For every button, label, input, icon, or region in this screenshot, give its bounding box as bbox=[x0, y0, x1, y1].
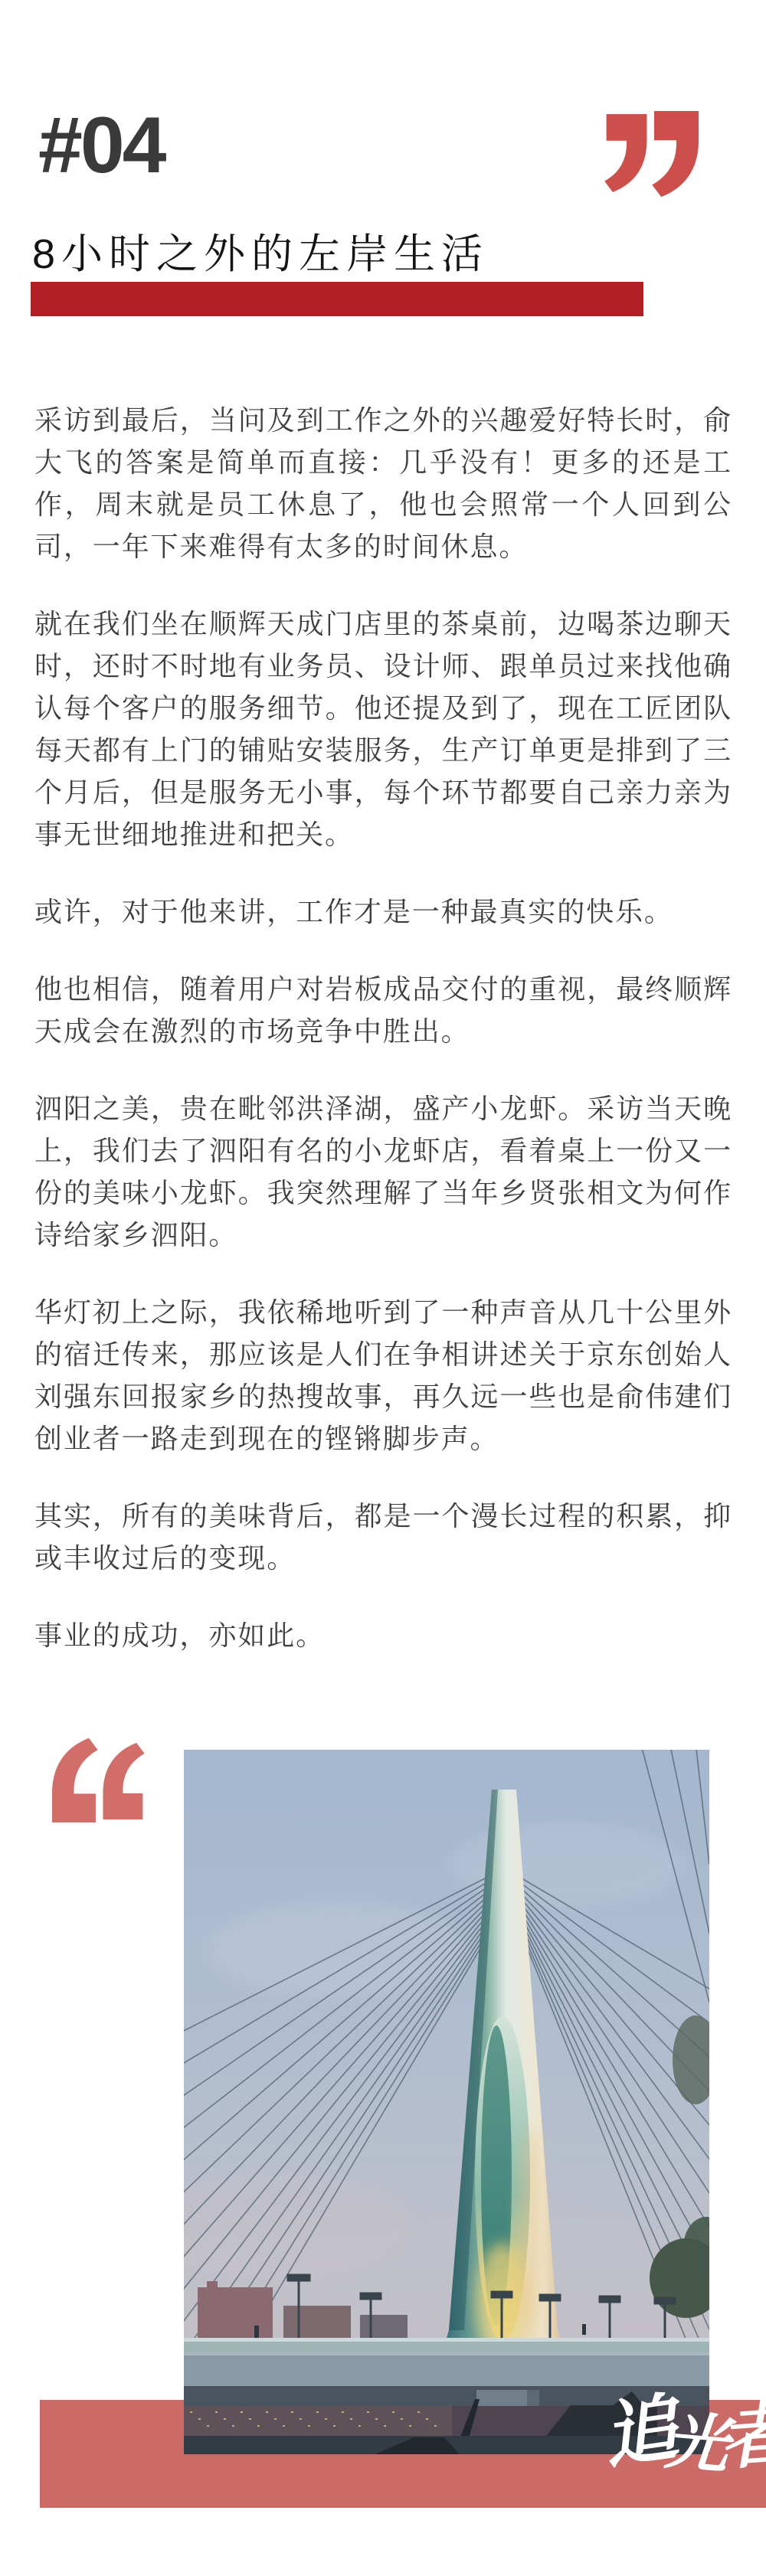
paragraph: 泗阳之美，贵在毗邻洪泽湖，盛产小龙虾。采访当天晚上，我们去了泗阳有名的小龙虾店，… bbox=[34, 1087, 732, 1256]
pedestrian bbox=[254, 2326, 259, 2338]
paragraph: 华灯初上之际，我依稀地听到了一种声音从几十公里外的宿迁传来，那应该是人们在争相讲… bbox=[34, 1291, 732, 1460]
paragraph: 他也相信，随着用户对岩板成品交付的重视，最终顺辉天成会在激烈的市场竞争中胜出。 bbox=[34, 968, 732, 1052]
title-accent-bar bbox=[31, 282, 643, 316]
paragraph: 就在我们坐在顺辉天成门店里的茶桌前，边喝茶边聊天时，还时不时地有业务员、设计师、… bbox=[34, 603, 732, 855]
article-page: #04 8小时之外的左岸生活 采访到最后，当问及到工作之外的兴趣爱好特长时，俞大… bbox=[0, 0, 766, 2576]
section-number: #04 bbox=[38, 106, 165, 185]
signature-calligraphy: 追光者 bbox=[604, 2395, 766, 2469]
paragraph: 采访到最后，当问及到工作之外的兴趣爱好特长时，俞大飞的答案是简单而直接：几乎没有… bbox=[34, 399, 732, 567]
paragraph: 其实，所有的美味背后，都是一个漫长过程的积累，抑或丰收过后的变现。 bbox=[34, 1495, 732, 1579]
signature-char: 者 bbox=[718, 2398, 766, 2473]
paragraph: 或许，对于他来讲，工作才是一种最真实的快乐。 bbox=[34, 891, 732, 933]
pedestrian bbox=[582, 2324, 586, 2335]
section-title: 8小时之外的左岸生活 bbox=[32, 230, 489, 280]
paragraph: 事业的成功，亦如此。 bbox=[34, 1614, 732, 1656]
opening-quote-icon bbox=[43, 1735, 152, 1822]
article-body: 采访到最后，当问及到工作之外的兴趣爱好特长时，俞大飞的答案是简单而直接：几乎没有… bbox=[34, 399, 732, 1692]
bridge-photo bbox=[184, 1750, 709, 2454]
closing-quote-icon bbox=[604, 111, 702, 200]
